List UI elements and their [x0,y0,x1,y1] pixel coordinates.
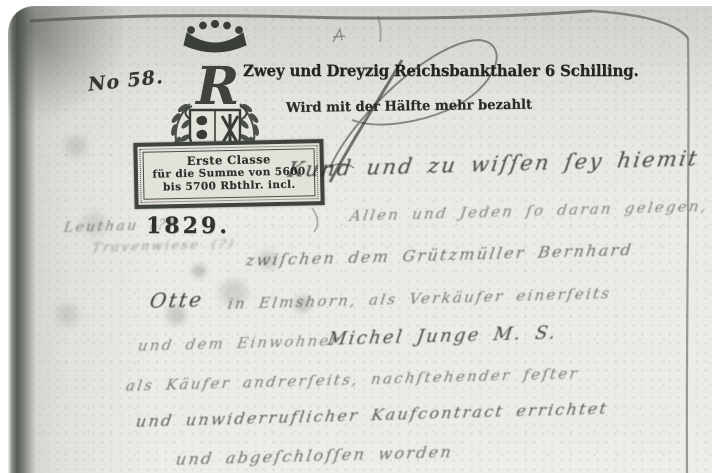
corner-shadow [8,6,128,126]
handwritten-seller-name: Otte [148,288,205,313]
handwritten-place-annotation: Leuthau (?) [63,217,177,236]
surcharge-line: Wird mit der Hälfte mehr bezahlt [286,97,532,116]
scanned-document: R [0,0,712,473]
denomination-line: Zwey und Dreyzig Reichsbankthaler 6 Schi… [243,61,639,80]
stamp-line-3: bis 5700 Rbthlr. incl. [150,178,308,194]
